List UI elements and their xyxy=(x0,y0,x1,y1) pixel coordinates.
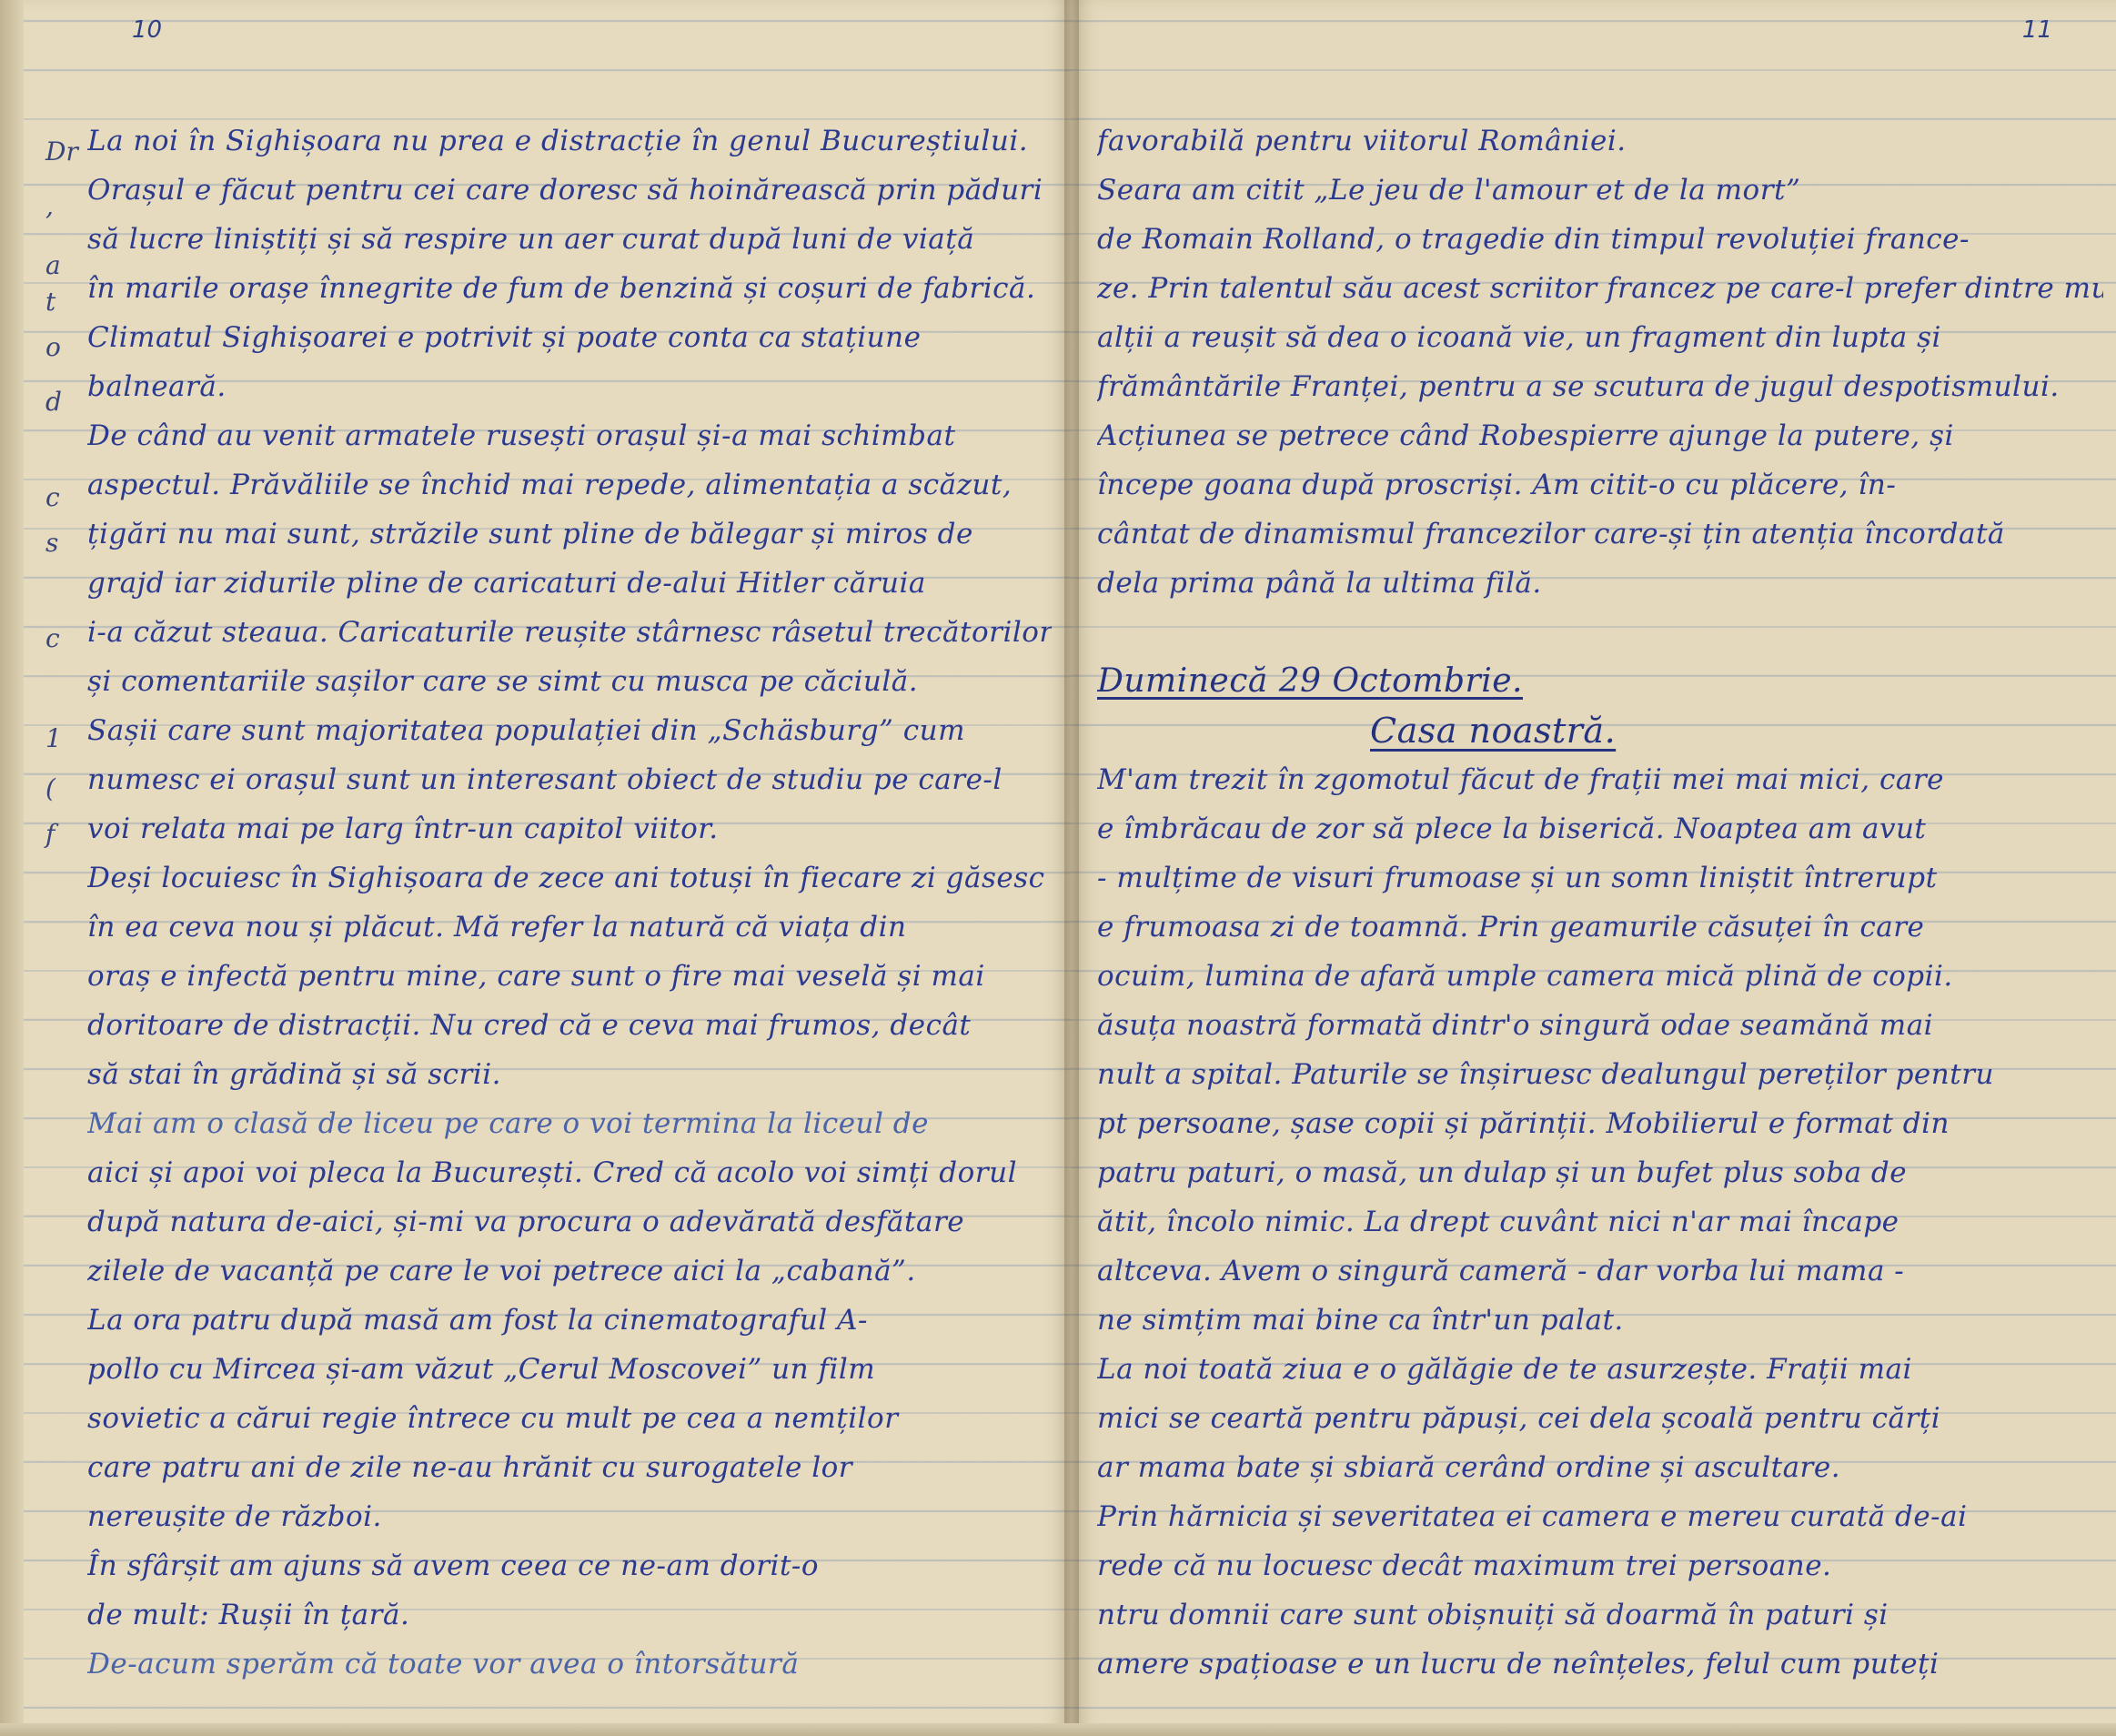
margin-mark: d xyxy=(45,387,62,417)
margin-mark: 1 xyxy=(45,723,62,753)
text-line: În sfârșit am ajuns să avem ceea ce ne-a… xyxy=(87,1541,1052,1590)
text-line: De când au venit armatele rusești orașul… xyxy=(87,411,1052,460)
text-line: cântat de dinamismul francezilor care-și… xyxy=(1097,510,2103,559)
text-line: ar mama bate și sbiară cerând ordine și … xyxy=(1097,1443,2103,1492)
text-line: e frumoasa zi de toamnă. Prin geamurile … xyxy=(1097,903,2103,952)
text-line: La ora patru după masă am fost la cinema… xyxy=(87,1296,1052,1345)
margin-mark: Dr xyxy=(45,136,78,167)
page-bottom-edge xyxy=(0,1723,2116,1736)
text-line: ze. Prin talentul său acest scriitor fra… xyxy=(1097,264,2103,313)
text-line: nereușite de război. xyxy=(87,1492,1052,1541)
text-line: sovietic a cărui regie întrece cu mult p… xyxy=(87,1394,1052,1443)
text-line: începe goana după proscriși. Am citit-o … xyxy=(1097,460,2103,510)
text-line: La noi în Sighișoara nu prea e distracți… xyxy=(87,116,1052,166)
text-line: care patru ani de zile ne-au hrănit cu s… xyxy=(87,1443,1052,1492)
text-line: de Romain Rolland, o tragedie din timpul… xyxy=(1097,215,2103,264)
text-line: în ea ceva nou și plăcut. Mă refer la na… xyxy=(87,903,1052,952)
text-line: balneară. xyxy=(87,362,1052,411)
text-line: e îmbrăcau de zor să plece la biserică. … xyxy=(1097,804,2103,853)
margin-mark: o xyxy=(45,332,61,362)
text-line: ntru domnii care sunt obișnuiți să doarm… xyxy=(1097,1590,2103,1640)
text-line: în marile orașe înnegrite de fum de benz… xyxy=(87,264,1052,313)
entry-title: Casa noastră. xyxy=(1097,706,2103,755)
text-line: Mai am o clasă de liceu pe care o voi te… xyxy=(87,1099,1052,1148)
date-heading: Duminecă 29 Octombrie. xyxy=(1097,657,2103,706)
text-line: pollo cu Mircea și-am văzut „Cerul Mosco… xyxy=(87,1345,1052,1394)
text-line: altceva. Avem o singură cameră - dar vor… xyxy=(1097,1246,2103,1296)
text-line: să lucre liniștiți și să respire un aer … xyxy=(87,215,1052,264)
text-line: grajd iar zidurile pline de caricaturi d… xyxy=(87,559,1052,608)
margin-mark: t xyxy=(45,287,55,317)
right-page: 11 favorabilă pentru viitorul României. … xyxy=(1072,0,2116,1736)
text-line: Deși locuiesc în Sighișoara de zece ani … xyxy=(87,853,1052,903)
text-line: mici se ceartă pentru păpuși, cei dela ș… xyxy=(1097,1394,2103,1443)
page-number-right: 11 xyxy=(2022,16,2052,44)
margin-mark: , xyxy=(45,191,54,221)
text-line: Orașul e făcut pentru cei care doresc să… xyxy=(87,166,1052,215)
text-line: numesc ei orașul sunt un interesant obie… xyxy=(87,755,1052,804)
text-line: de mult: Rușii în țară. xyxy=(87,1590,1052,1640)
text-line: i-a căzut steaua. Caricaturile reușite s… xyxy=(87,608,1052,657)
text-line: Seara am citit „Le jeu de l'amour et de … xyxy=(1097,166,2103,215)
text-line: voi relata mai pe larg într-un capitol v… xyxy=(87,804,1052,853)
text-line: rede că nu locuesc decât maximum trei pe… xyxy=(1097,1541,2103,1590)
text-line: Prin hărnicia și severitatea ei camera e… xyxy=(1097,1492,2103,1541)
text-line: favorabilă pentru viitorul României. xyxy=(1097,116,2103,166)
text-line: alții a reușit să dea o icoană vie, un f… xyxy=(1097,313,2103,362)
book-gutter xyxy=(1064,0,1079,1736)
text-line: Climatul Sighișoarei e potrivit și poate… xyxy=(87,313,1052,362)
left-page-text: La noi în Sighișoara nu prea e distracți… xyxy=(87,116,1052,1689)
text-line: după natura de-aici, și-mi va procura o … xyxy=(87,1197,1052,1246)
text-line: De-acum sperăm că toate vor avea o întor… xyxy=(87,1640,1052,1689)
text-line: patru paturi, o masă, un dulap și un buf… xyxy=(1097,1148,2103,1197)
text-line: și comentariile sașilor care se simt cu … xyxy=(87,657,1052,706)
text-line: - mulțime de visuri frumoase și un somn … xyxy=(1097,853,2103,903)
text-line: doritoare de distracții. Nu cred că e ce… xyxy=(87,1001,1052,1050)
text-line: Acțiunea se petrece când Robespierre aju… xyxy=(1097,411,2103,460)
left-page: 10 Dr , a t o d c s c 1 ( f La noi în Si… xyxy=(0,0,1072,1736)
text-line: zilele de vacanță pe care le voi petrece… xyxy=(87,1246,1052,1296)
margin-mark: f xyxy=(45,819,55,849)
text-line: Sașii care sunt majoritatea populației d… xyxy=(87,706,1052,755)
text-line: amere spațioase e un lucru de neînțeles,… xyxy=(1097,1640,2103,1689)
margin-mark: c xyxy=(45,623,60,653)
text-line: ăsuța noastră formată dintr'o singură od… xyxy=(1097,1001,2103,1050)
margin-mark: a xyxy=(45,250,61,280)
text-line: frământările Franței, pentru a se scutur… xyxy=(1097,362,2103,411)
text-line: La noi toată ziua e o gălăgie de te asur… xyxy=(1097,1345,2103,1394)
margin-mark: ( xyxy=(45,773,55,803)
text-line: dela prima până la ultima filă. xyxy=(1097,559,2103,608)
text-line: să stai în grădină și să scrii. xyxy=(87,1050,1052,1099)
text-line: nult a spital. Paturile se înșiruesc dea… xyxy=(1097,1050,2103,1099)
text-line: aspectul. Prăvăliile se închid mai reped… xyxy=(87,460,1052,510)
text-line: aici și apoi voi pleca la București. Cre… xyxy=(87,1148,1052,1197)
margin-mark: s xyxy=(45,528,58,558)
margin-mark: c xyxy=(45,482,60,512)
text-line: ocuim, lumina de afară umple camera mică… xyxy=(1097,952,2103,1001)
text-line: țigări nu mai sunt, străzile sunt pline … xyxy=(87,510,1052,559)
page-number-left: 10 xyxy=(132,16,162,44)
notebook-spread: 10 Dr , a t o d c s c 1 ( f La noi în Si… xyxy=(0,0,2116,1736)
blank-line xyxy=(1097,608,2103,657)
text-line: ătit, încolo nimic. La drept cuvânt nici… xyxy=(1097,1197,2103,1246)
text-line: pt persoane, șase copii și părinții. Mob… xyxy=(1097,1099,2103,1148)
text-line: oraș e infectă pentru mine, care sunt o … xyxy=(87,952,1052,1001)
text-line: M'am trezit în zgomotul făcut de frații … xyxy=(1097,755,2103,804)
text-line: ne simțim mai bine ca într'un palat. xyxy=(1097,1296,2103,1345)
right-page-text: favorabilă pentru viitorul României. Sea… xyxy=(1097,116,2103,1689)
